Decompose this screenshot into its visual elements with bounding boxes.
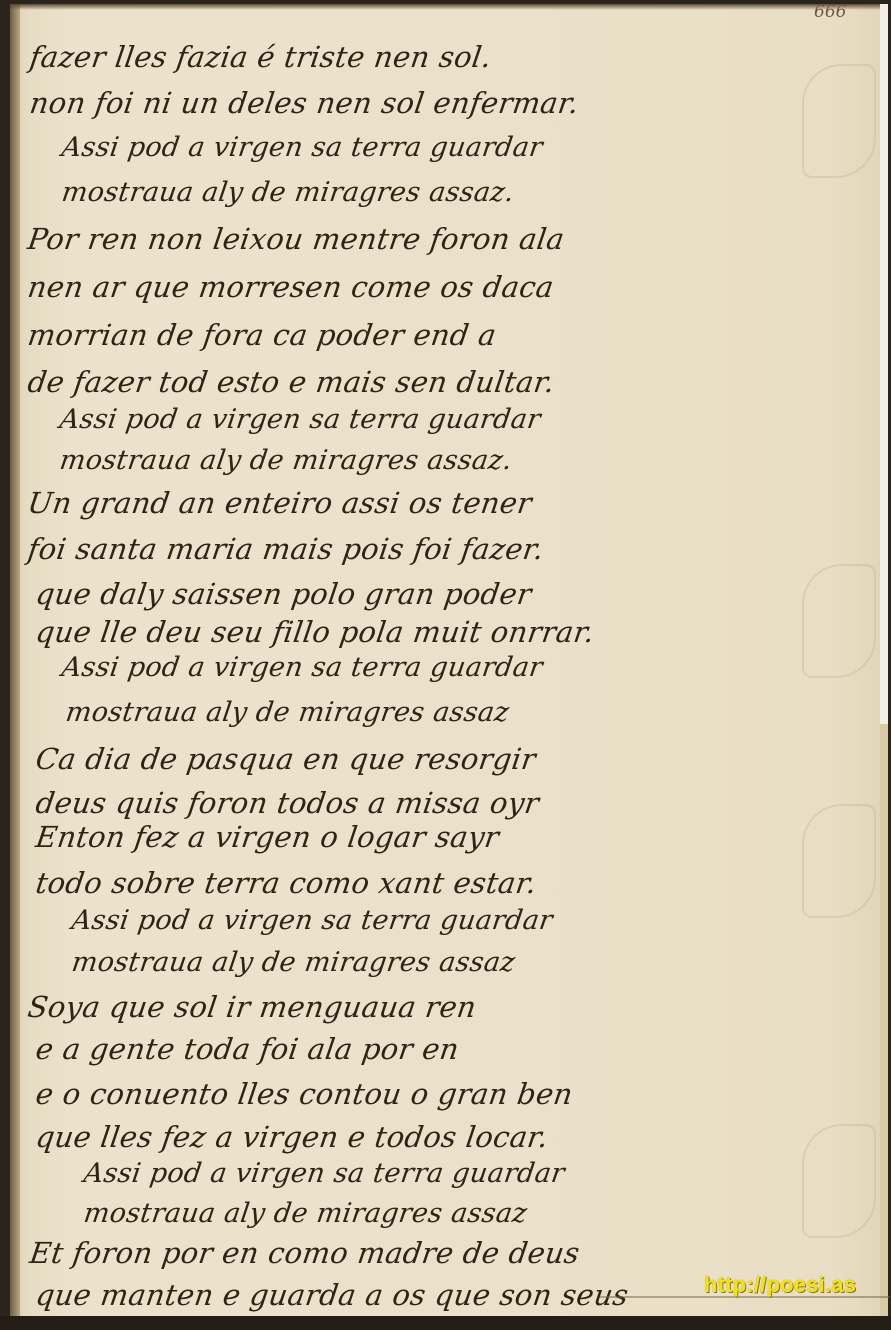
refrain-line: mostraua aly de miragres assaz: [64, 697, 511, 728]
verse-line: e a gente toda foi ala por en: [34, 1032, 462, 1066]
verse-line: que lles fez a virgen e todos locar.: [34, 1120, 551, 1154]
refrain-line: Assi pod a virgen sa terra guardar: [60, 652, 545, 683]
verse-line: morrian de fora ca poder end a: [26, 318, 499, 352]
paper-watermark-ornament: [802, 1124, 876, 1238]
paper-watermark-ornament: [802, 564, 876, 678]
page-right-edge: [880, 4, 888, 724]
paper-watermark-ornament: [802, 804, 876, 918]
refrain-line: Assi pod a virgen sa terra guardar: [82, 1158, 567, 1189]
verse-line: Enton fez a virgen o logar sayr: [34, 820, 502, 854]
verse-line: foi santa maria mais pois foi fazer.: [26, 532, 546, 566]
verse-line: e o conuento lles contou o gran ben: [34, 1077, 575, 1111]
verse-line: que lle deu seu fillo pola muit onrrar.: [34, 615, 597, 649]
refrain-line: Assi pod a virgen sa terra guardar: [58, 404, 543, 435]
verse-line: de fazer tod esto e mais sen dultar.: [26, 365, 557, 399]
refrain-line: mostraua aly de miragres assaz.: [60, 177, 516, 208]
refrain-line: mostraua aly de miragres assaz.: [58, 445, 514, 476]
page-number: 666: [814, 2, 846, 22]
page-bottom-edge: [0, 1316, 891, 1330]
verse-line: Ca dia de pasqua en que resorgir: [34, 742, 538, 776]
verse-line: Por ren non leixou mentre foron ala: [26, 222, 567, 256]
refrain-line: Assi pod a virgen sa terra guardar: [70, 905, 555, 936]
refrain-line: mostraua aly de miragres assaz: [82, 1198, 529, 1229]
verse-line: Et foron por en como madre de deus: [28, 1236, 582, 1270]
page-right-edge-lower: [880, 724, 888, 1316]
verse-line: fazer lles fazia é triste nen sol.: [28, 40, 494, 74]
verse-line: que manten e guarda a os que son seus: [34, 1278, 631, 1312]
verse-line: nen ar que morresen come os daca: [26, 270, 556, 304]
verse-line: Un grand an enteiro assi os tener: [26, 486, 534, 520]
page-top-shadow: [10, 4, 888, 10]
verse-line: que daly saissen polo gran poder: [34, 577, 534, 611]
refrain-line: Assi pod a virgen sa terra guardar: [60, 132, 545, 163]
source-url-watermark: http://poesi.as: [704, 1272, 856, 1298]
verse-line: todo sobre terra como xant estar.: [34, 866, 539, 900]
verse-line: Soya que sol ir menguaua ren: [26, 990, 479, 1024]
paper-watermark-ornament: [802, 64, 876, 178]
refrain-line: mostraua aly de miragres assaz: [70, 947, 517, 978]
verse-line: non foi ni un deles nen sol enfermar.: [28, 86, 581, 120]
verse-line: deus quis foron todos a missa oyr: [34, 786, 542, 820]
